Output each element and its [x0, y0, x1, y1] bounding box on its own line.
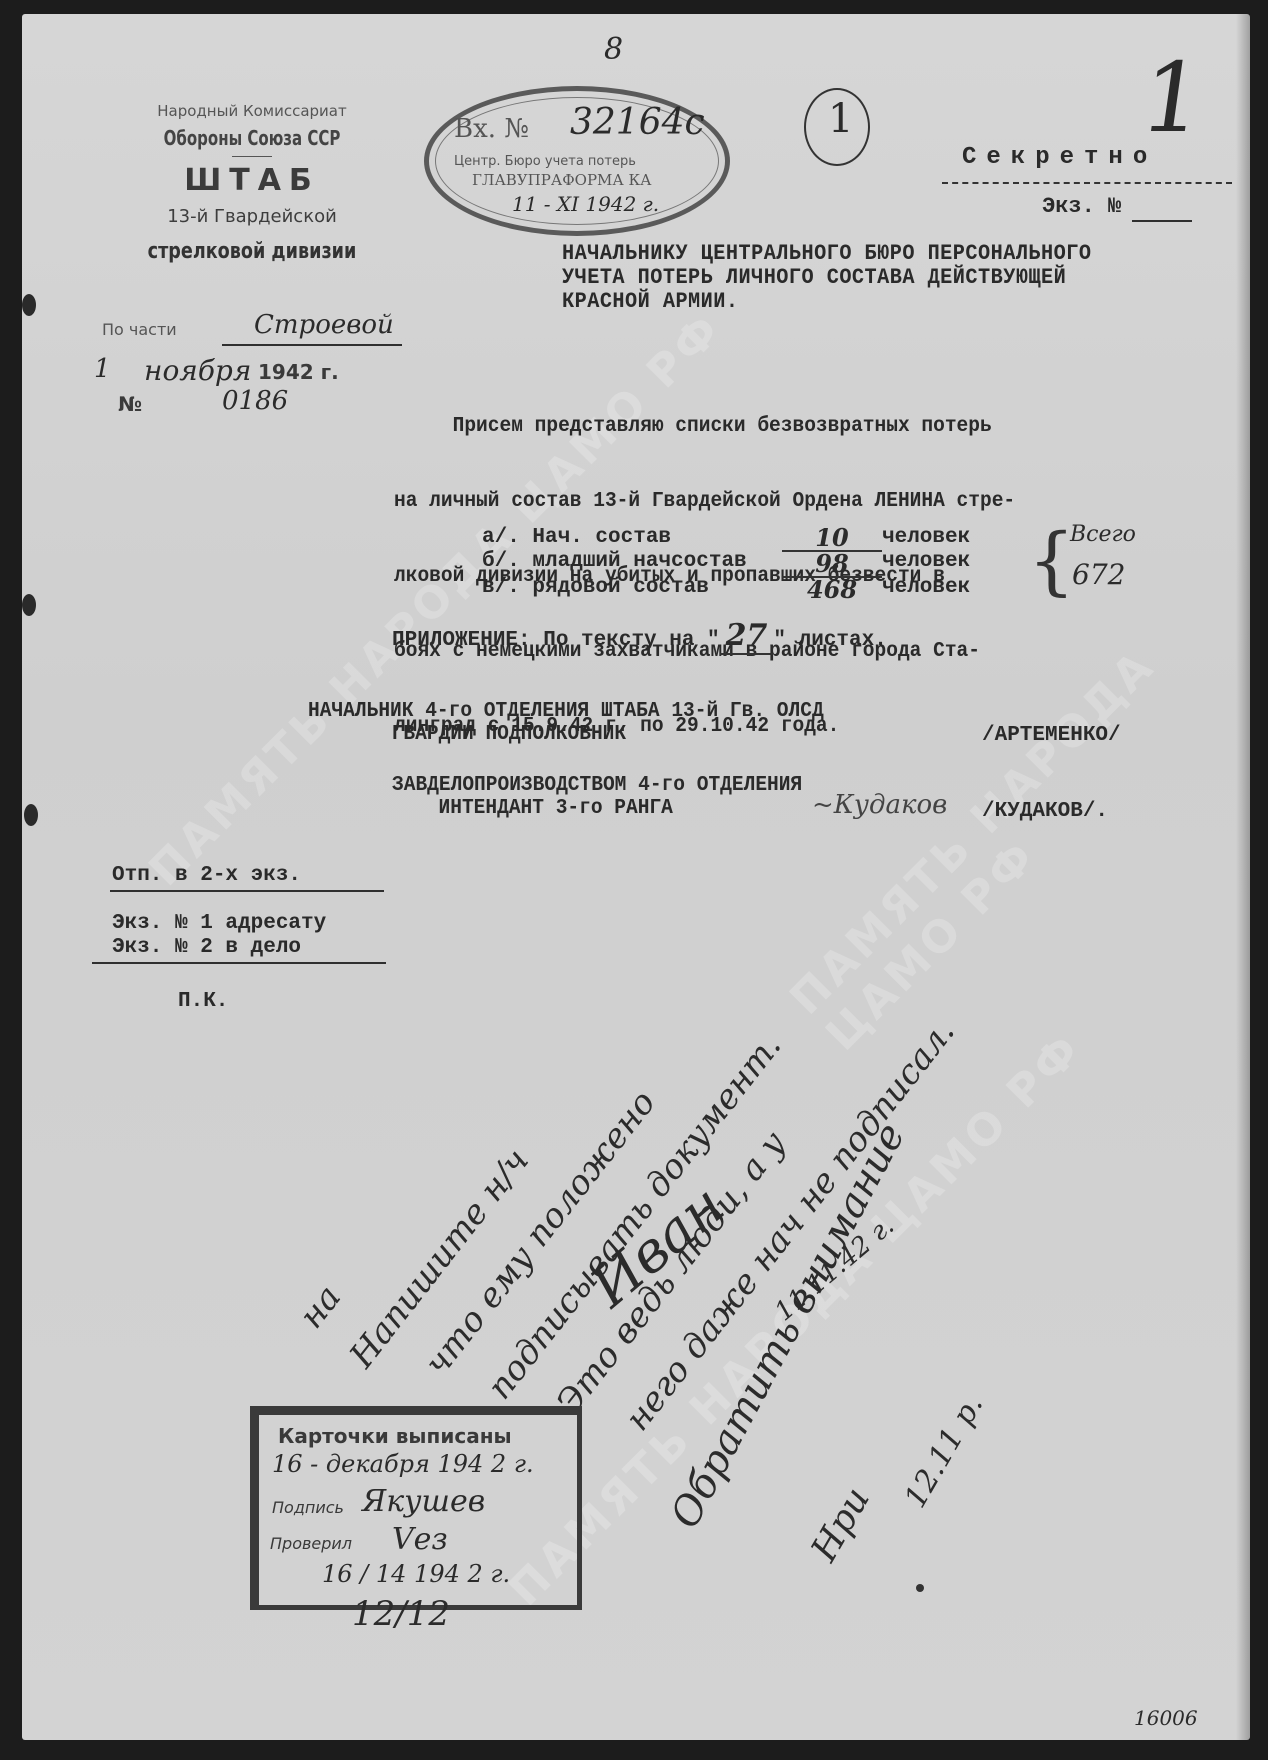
top-mark: 8 [604, 32, 623, 67]
note2-signature: Нри [804, 1481, 878, 1569]
cards-signature: Якушев [362, 1484, 485, 1519]
incoming-date: 11 - XI 1942 г. [512, 192, 659, 216]
attachment-sheets: 27 [720, 618, 774, 655]
classification-label: Секретно [962, 144, 1157, 171]
incoming-number: 32164с [570, 102, 705, 143]
distribution-title: Отп. в 2-х экз. [112, 864, 301, 887]
punch-hole [22, 594, 36, 616]
signature-name-2: /КУДАКОВ/. [982, 800, 1108, 823]
punch-hole [22, 294, 36, 316]
attachment: ПРИЛОЖЕНИЕ: По тексту на " 27 " листах. [392, 618, 887, 655]
cards-date: 16 - декабря 194 2 г. [272, 1450, 534, 1478]
date-year: 1942 г. [258, 360, 339, 384]
corner-mark: 1 [1134, 42, 1211, 154]
copy-number-label: Экз. № [1042, 194, 1121, 219]
date-day: 1 [94, 354, 111, 384]
incoming-label: Вх. № [454, 114, 529, 144]
cards-checked-label: Проверил [270, 1534, 352, 1553]
incoming-org1: Центр. Бюро учета потерь [454, 154, 636, 169]
part-value: Строевой [254, 310, 394, 340]
header-line2: Обороны Союза ССР [140, 126, 365, 150]
punch-hole [24, 804, 38, 826]
signature-name-1: /АРТЕМЕНКО/ [982, 724, 1121, 747]
document-page: ПАМЯТЬ НАРОДА ЦАМО РФ ПАМЯТЬ НАРОДА ЦАМО… [22, 14, 1250, 1740]
addressee: НАЧАЛЬНИКУ ЦЕНТРАЛЬНОГО БЮРО ПЕРСОНАЛЬНО… [562, 242, 1091, 314]
loss-row: б/. младший начсостав 98 человек [482, 550, 970, 576]
footer-number: 16006 [1134, 1706, 1198, 1730]
incoming-org2: ГЛАВУПРАФОРМА КА [472, 171, 652, 189]
losses-total-label: Всего [1070, 522, 1136, 547]
distribution-initials: П.К. [178, 990, 228, 1013]
header-line4: 13-й Гвардейской [102, 206, 402, 227]
losses-list: а/. Нач. состав 10 человек б/. младший н… [482, 526, 970, 602]
page-mark: 1 [828, 96, 853, 142]
cards-bottom-date: 16 / 14 194 2 г. [322, 1560, 510, 1588]
loss-row: в/. рядовой состав 468 человек [482, 576, 970, 602]
header-line1: Народный Комиссариат [102, 102, 402, 120]
losses-total-value: 672 [1072, 558, 1125, 591]
cards-checked-signature: Vез [392, 1522, 448, 1557]
header-line5: стрелковой дивизии [132, 239, 372, 264]
cards-title: Карточки выписаны [278, 1424, 512, 1448]
distribution-copies: Экз. № 1 адресату Экз. № 2 в дело [112, 912, 326, 960]
cards-signed-label: Подпись [272, 1498, 344, 1517]
part-label: По части [102, 320, 177, 339]
header-stamp: Народный Комиссариат Обороны Союза ССР Ш… [102, 102, 402, 264]
number-value: 0186 [222, 386, 288, 416]
note2-date: 12.11 р. [898, 1389, 990, 1514]
cards-bottom-note: 12/12 [352, 1594, 450, 1634]
loss-row: а/. Нач. состав 10 человек [482, 526, 970, 550]
number-label: № [118, 392, 142, 416]
date-month: ноября [144, 354, 251, 387]
header-line3: ШТАБ [102, 163, 402, 198]
